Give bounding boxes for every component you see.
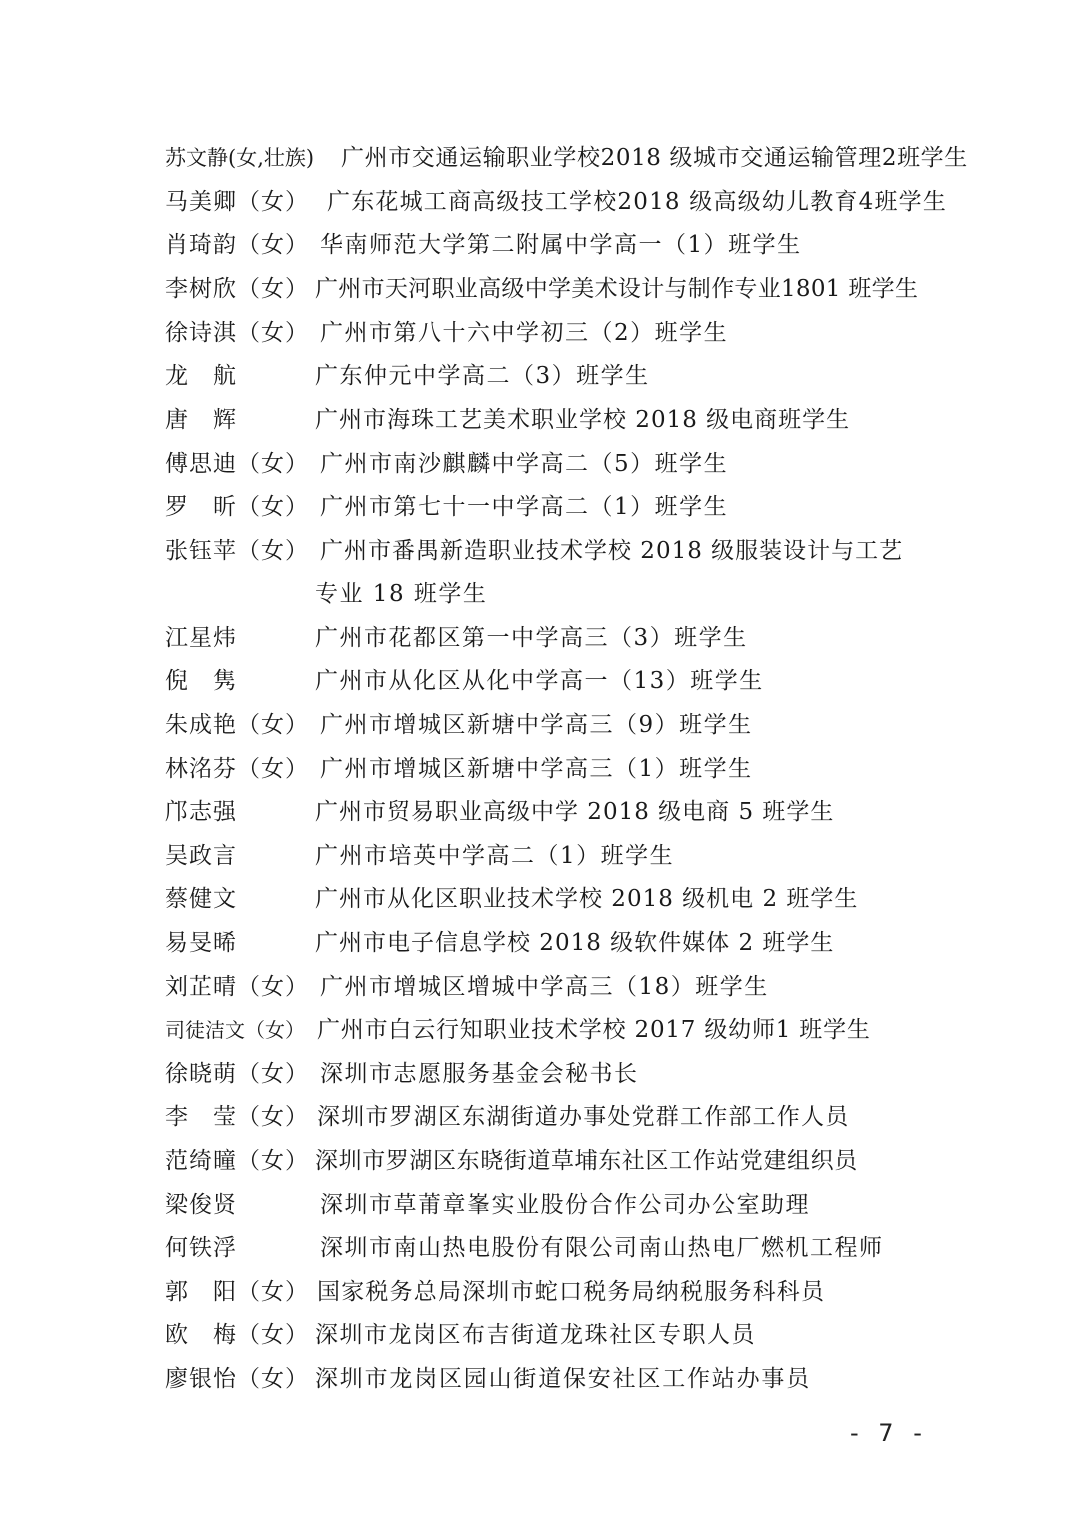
entry-description: 专业 18 班学生 bbox=[315, 577, 487, 611]
entry-name: 苏文静(女,壮族) bbox=[165, 141, 314, 175]
entry-description: 广州市交通运输职业学校2018 级城市交通运输管理2班学生 bbox=[341, 141, 968, 175]
entry-description: 深圳市罗湖区东湖街道办事处党群工作部工作人员 bbox=[317, 1100, 849, 1134]
entry-description: 广州市增城区增城中学高三（18）班学生 bbox=[320, 970, 769, 1004]
entry-name: 李树欣（女） bbox=[165, 272, 309, 306]
entry-name: 欧 梅（女） bbox=[165, 1318, 309, 1352]
entry-name: 何铁浮 bbox=[165, 1231, 237, 1265]
entry-description: 广州市白云行知职业技术学校 2017 级幼师1 班学生 bbox=[317, 1013, 871, 1047]
entry-description: 广州市从化区从化中学高一（13）班学生 bbox=[315, 664, 764, 698]
entry-description: 深圳市草莆章峯实业股份合作公司办公室助理 bbox=[320, 1188, 810, 1222]
entry-description: 深圳市罗湖区东晓街道草埔东社区工作站党建组织员 bbox=[315, 1144, 858, 1178]
entry-description: 广州市番禺新造职业技术学校 2018 级服装设计与工艺 bbox=[320, 534, 903, 568]
entry-name: 蔡健文 bbox=[165, 882, 237, 916]
entry-name: 傅思迪（女） bbox=[165, 447, 309, 481]
entry-description: 广州市第七十一中学高二（1）班学生 bbox=[320, 490, 728, 524]
entry-description: 广州市海珠工艺美术职业学校 2018 级电商班学生 bbox=[315, 403, 850, 437]
entry-name: 吴政言 bbox=[165, 839, 237, 873]
entry-description: 广东花城工商高级技工学校2018 级高级幼儿教育4班学生 bbox=[327, 185, 947, 219]
entry-description: 深圳市龙岗区园山街道保安社区工作站办事员 bbox=[315, 1362, 811, 1396]
entry-name: 李 莹（女） bbox=[165, 1100, 309, 1134]
entry-description: 广州市贸易职业高级中学 2018 级电商 5 班学生 bbox=[315, 795, 834, 829]
entry-name: 司徒洁文（女） bbox=[165, 1013, 305, 1047]
entry-name: 马美卿（女） bbox=[165, 185, 309, 219]
entry-description: 深圳市龙岗区布吉街道龙珠社区专职人员 bbox=[315, 1318, 756, 1352]
entry-name: 江星炜 bbox=[165, 621, 237, 655]
entry-description: 华南师范大学第二附属中学高一（1）班学生 bbox=[320, 228, 802, 262]
document-page: 苏文静(女,壮族) 广州市交通运输职业学校2018 级城市交通运输管理2班学生 … bbox=[0, 0, 1080, 1527]
entry-description: 广州市天河职业高级中学美术设计与制作专业1801 班学生 bbox=[315, 272, 918, 306]
entry-name: 廖银怡（女） bbox=[165, 1362, 309, 1396]
entry-name: 林洺芬（女） bbox=[165, 752, 309, 786]
entry-description: 广州市花都区第一中学高三（3）班学生 bbox=[315, 621, 748, 655]
entry-name: 徐晓萌（女） bbox=[165, 1057, 309, 1091]
entry-description: 广东仲元中学高二（3）班学生 bbox=[315, 359, 650, 393]
entry-name: 唐 辉 bbox=[165, 403, 237, 437]
entry-description: 广州市电子信息学校 2018 级软件媒体 2 班学生 bbox=[315, 926, 834, 960]
entry-description: 国家税务总局深圳市蛇口税务局纳税服务科科员 bbox=[317, 1275, 825, 1309]
entry-name: 范绮曈（女） bbox=[165, 1144, 309, 1178]
entry-name: 罗 昕（女） bbox=[165, 490, 309, 524]
entry-name: 梁俊贤 bbox=[165, 1188, 237, 1222]
entry-name: 张钰苹（女） bbox=[165, 534, 309, 568]
entry-name: 肖琦韵（女） bbox=[165, 228, 309, 262]
entry-name: 朱成艳（女） bbox=[165, 708, 309, 742]
entry-description: 广州市培英中学高二（1）班学生 bbox=[315, 839, 674, 873]
entry-name: 易旻晞 bbox=[165, 926, 237, 960]
entry-description: 广州市南沙麒麟中学高二（5）班学生 bbox=[320, 447, 728, 481]
page-number: - 7 - bbox=[850, 1416, 928, 1450]
entry-description: 广州市从化区职业技术学校 2018 级机电 2 班学生 bbox=[315, 882, 858, 916]
entry-description: 广州市增城区新塘中学高三（9）班学生 bbox=[320, 708, 753, 742]
entry-name: 倪 隽 bbox=[165, 664, 237, 698]
entry-name: 郭 阳（女） bbox=[165, 1275, 309, 1309]
entry-description: 广州市第八十六中学初三（2）班学生 bbox=[320, 316, 728, 350]
entry-description: 广州市增城区新塘中学高三（1）班学生 bbox=[320, 752, 753, 786]
entry-name: 邝志强 bbox=[165, 795, 237, 829]
entry-name: 徐诗淇（女） bbox=[165, 316, 309, 350]
entry-description: 深圳市志愿服务基金会秘书长 bbox=[320, 1057, 639, 1091]
entry-description: 深圳市南山热电股份有限公司南山热电厂燃机工程师 bbox=[320, 1231, 884, 1265]
entry-name: 刘芷晴（女） bbox=[165, 970, 309, 1004]
entry-name: 龙 航 bbox=[165, 359, 237, 393]
